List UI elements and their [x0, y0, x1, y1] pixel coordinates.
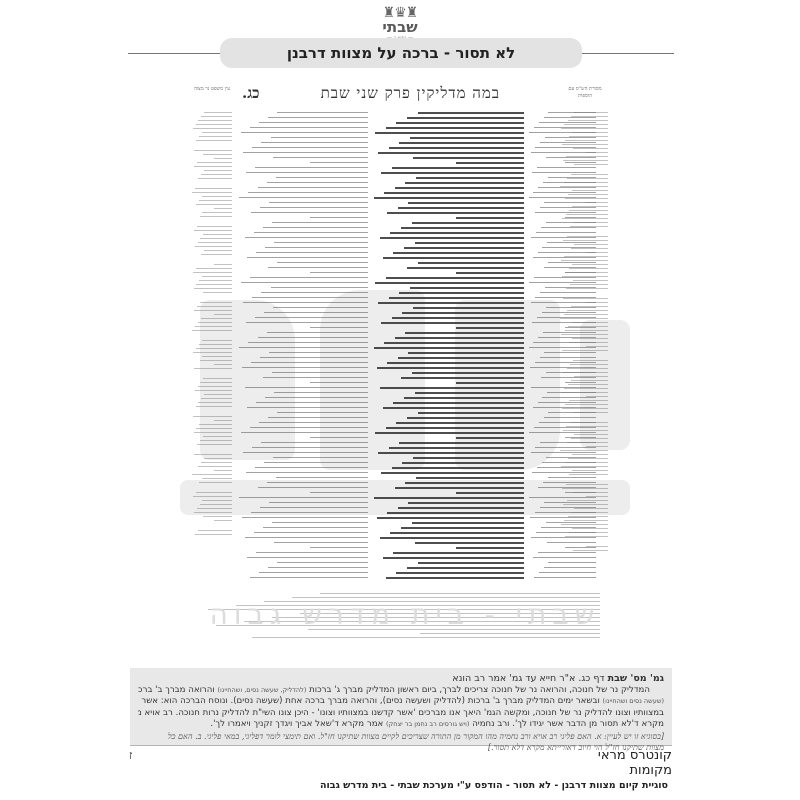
- sources-heading: גמ' מס' שבת דף כג. א"ר חייא עד גמ' אמר ר…: [138, 673, 664, 685]
- ein-mishpat-column: [192, 112, 232, 612]
- sources-line-2: (שעשה נסים ושהחיינו) ובשאר ימים המדליק מ…: [138, 696, 664, 708]
- booklet-section-label: קונטרס מראי מקומות: [560, 748, 672, 778]
- mesoret-hashas-heading: מסורת הש"ס עם הוספות: [562, 86, 608, 100]
- tosafot-column: [238, 112, 368, 582]
- daf-number: כג.: [242, 84, 260, 103]
- talmud-page-header: עין משפט נר מצוה כג. במה מדליקין פרק שני…: [190, 84, 610, 108]
- sources-line-3: במצוותיו וצונו להדליק נר של חנוכה, ומקשה…: [138, 708, 664, 720]
- sources-heading-bold: גמ' מס' שבת: [608, 673, 664, 684]
- talmud-page: עין משפט נר מצוה כג. במה מדליקין פרק שני…: [190, 78, 610, 660]
- page-number: ז: [129, 748, 132, 763]
- sources-note-1: [בסוגיא זו יש לעיין: א. האם פליגי רב אוי…: [138, 731, 664, 743]
- title-rule-right: [582, 53, 674, 54]
- mesoret-hashas-column: [560, 112, 608, 632]
- gemara-text-column: [372, 112, 524, 582]
- logo-name: שבתי: [365, 20, 435, 35]
- ein-mishpat-heading: עין משפט נר מצוה: [192, 86, 232, 93]
- sources-line-1: המדליק נר של חנוכה, והרואה נר של חנוכה צ…: [138, 685, 664, 697]
- title-rule-left: [128, 53, 220, 54]
- chapter-heading: במה מדליקין פרק שני שבת: [321, 84, 500, 103]
- watermark-text: שבתי - בית מדרש גבוה: [205, 598, 605, 631]
- footer-text: סוגיית קיום מצוות דרבנן - לא תסור - הודפ…: [200, 780, 668, 791]
- page-title: לא תסור - ברכה על מצוות דרבנן: [220, 38, 582, 68]
- sources-heading-rest: דף כג. א"ר חייא עד גמ' אמר רב הונא: [452, 673, 604, 684]
- sources-box: גמ' מס' שבת דף כג. א"ר חייא עד גמ' אמר ר…: [130, 668, 672, 746]
- sources-line-4: מקרא ד'לא תסור מן הדבר אשר יגידו לך'. ור…: [138, 719, 664, 731]
